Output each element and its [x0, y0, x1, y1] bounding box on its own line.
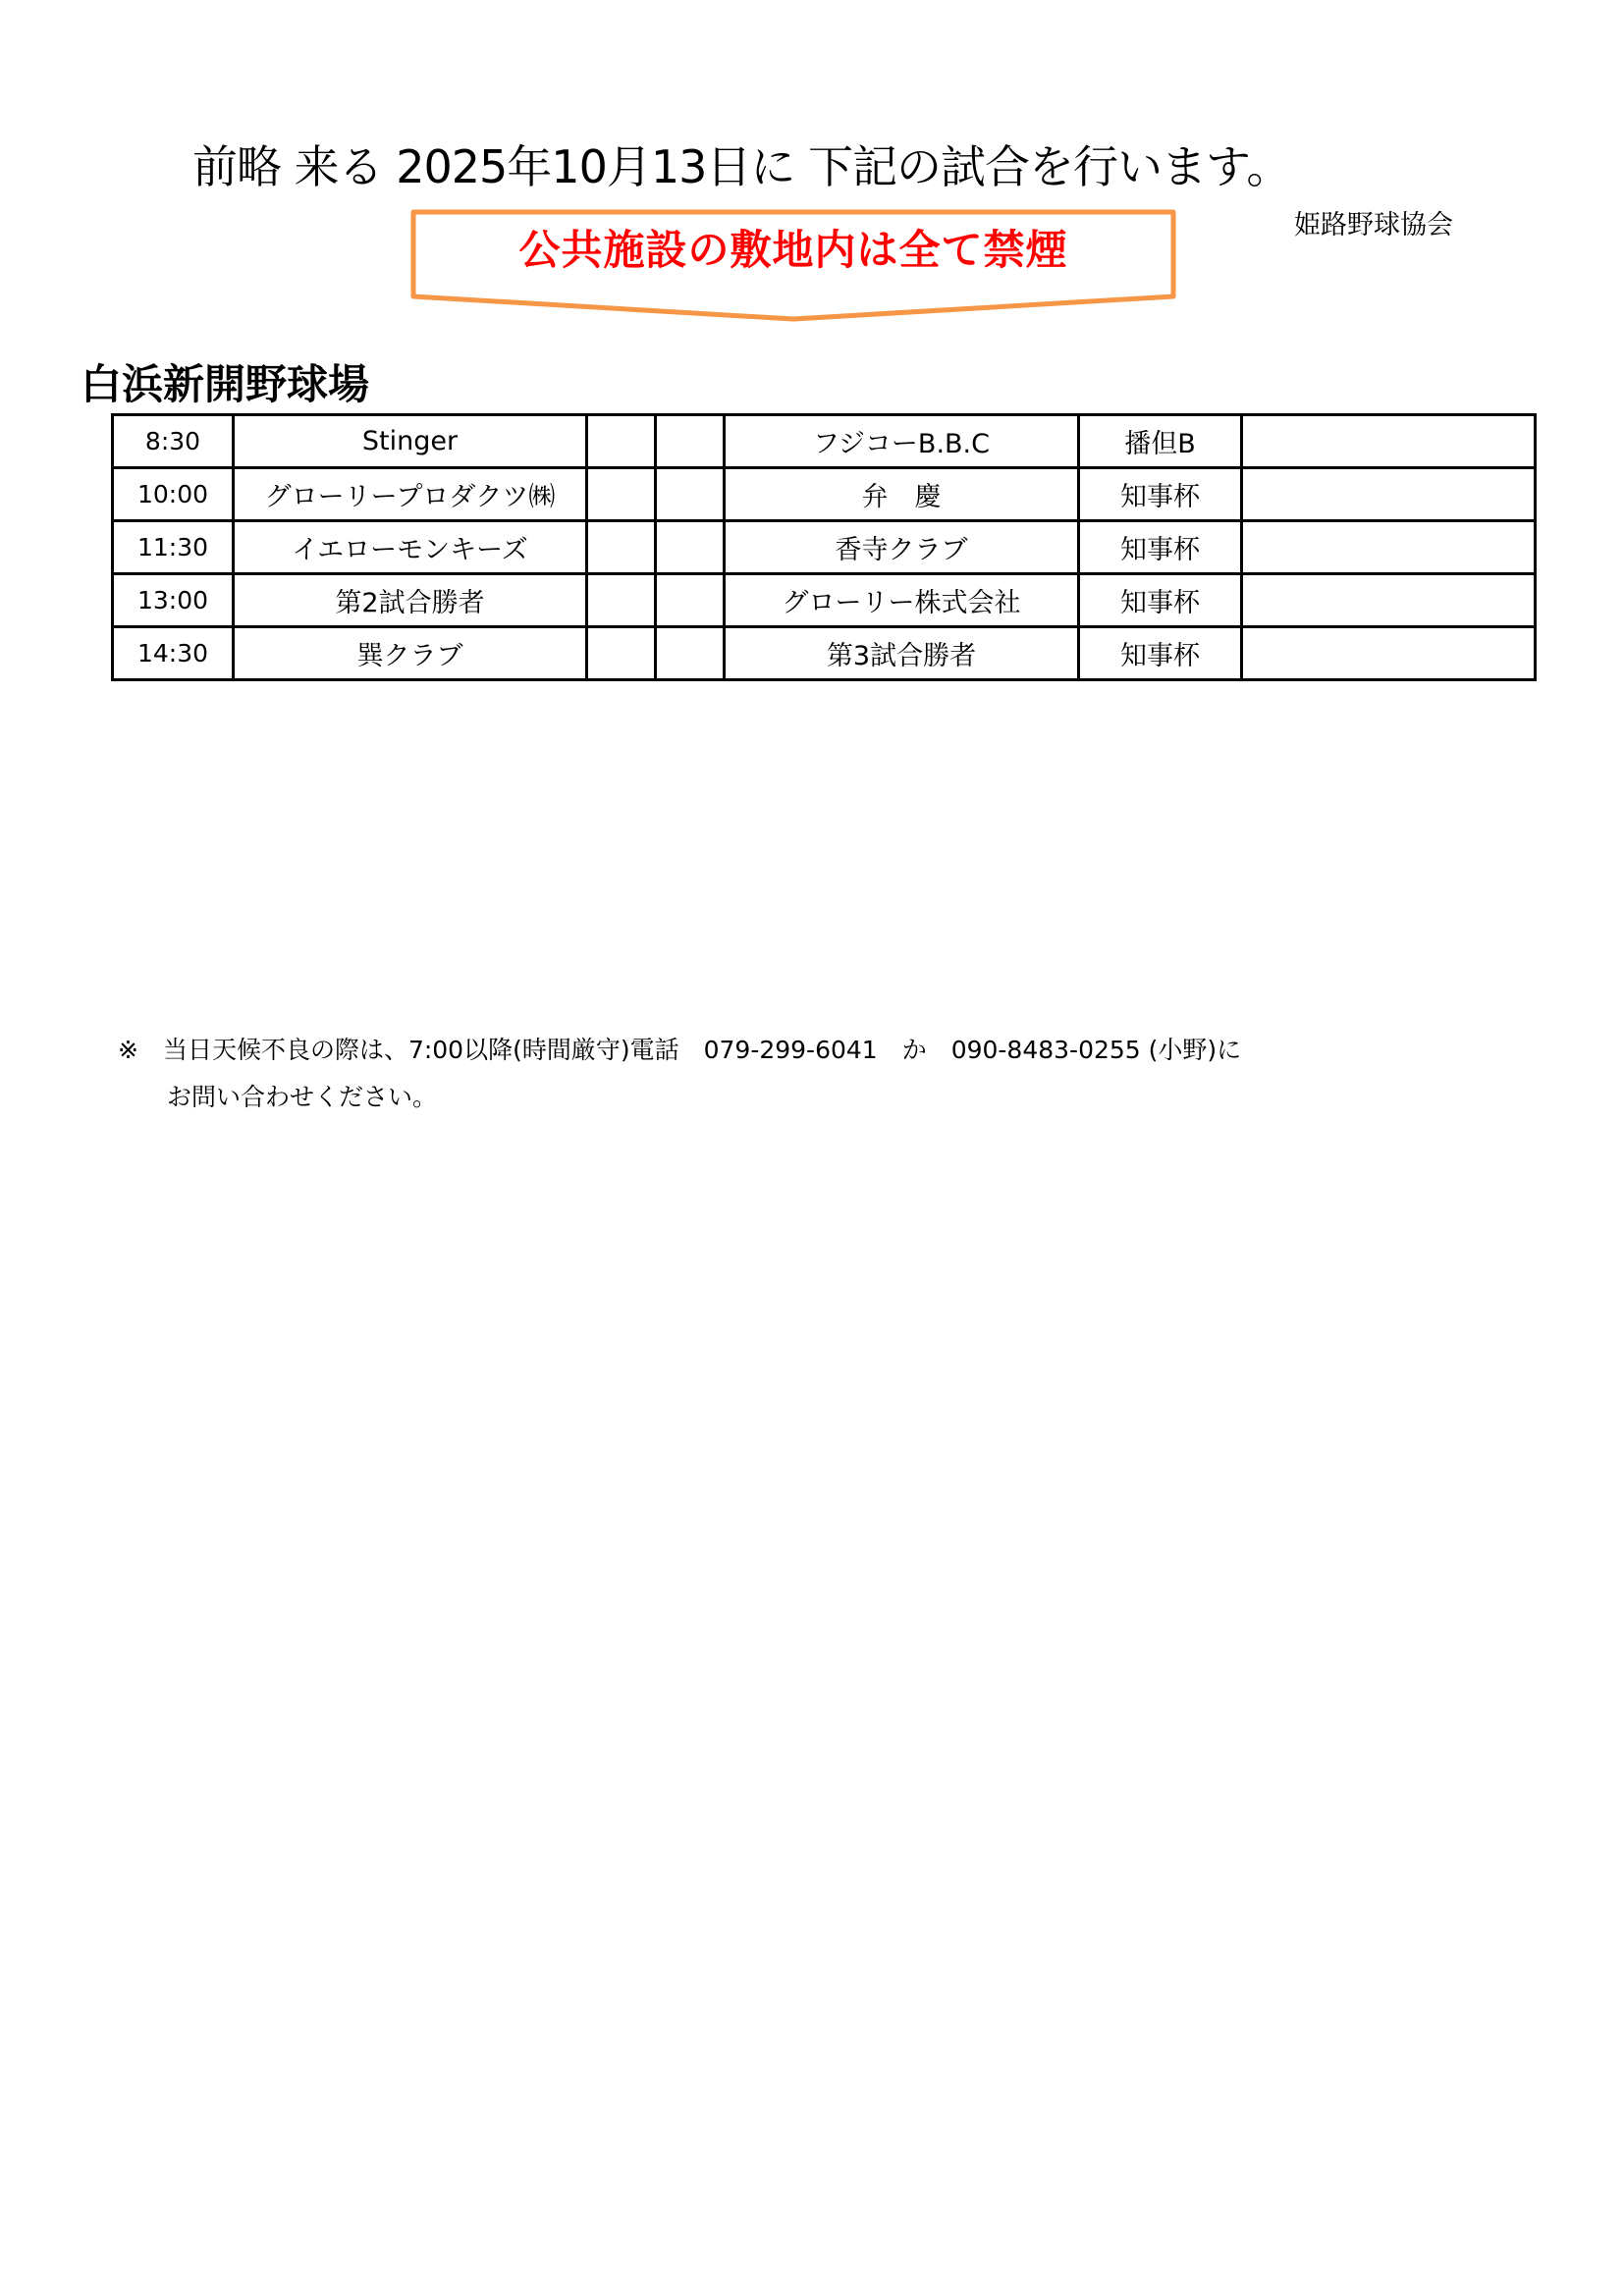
table-row: 11:30 イエローモンキーズ 香寺クラブ 知事杯	[113, 521, 1536, 574]
score-away	[656, 415, 725, 468]
team-home: 第2試合勝者	[234, 574, 587, 627]
team-away: 弁 慶	[725, 468, 1079, 521]
score-away	[656, 468, 725, 521]
team-home: イエローモンキーズ	[234, 521, 587, 574]
team-away: 第3試合勝者	[725, 627, 1079, 680]
no-smoking-banner: 公共施設の敷地内は全て禁煙	[412, 222, 1174, 279]
table-row: 10:00 グローリープロダクツ㈱ 弁 慶 知事杯	[113, 468, 1536, 521]
team-home: 巽クラブ	[234, 627, 587, 680]
table-row: 8:30 Stinger フジコーB.B.C 播但B	[113, 415, 1536, 468]
score-home	[587, 415, 656, 468]
row-note	[1242, 415, 1536, 468]
score-home	[587, 521, 656, 574]
row-note	[1242, 627, 1536, 680]
team-away: 香寺クラブ	[725, 521, 1079, 574]
banner-callout-shape	[0, 0, 1624, 353]
game-time: 8:30	[113, 415, 234, 468]
game-time: 14:30	[113, 627, 234, 680]
score-home	[587, 627, 656, 680]
game-time: 10:00	[113, 468, 234, 521]
tournament-category: 知事杯	[1079, 627, 1242, 680]
team-home: Stinger	[234, 415, 587, 468]
table-row: 14:30 巽クラブ 第3試合勝者 知事杯	[113, 627, 1536, 680]
score-home	[587, 468, 656, 521]
score-home	[587, 574, 656, 627]
venue-heading: 白浜新開野球場	[81, 357, 369, 412]
game-time: 13:00	[113, 574, 234, 627]
tournament-category: 知事杯	[1079, 574, 1242, 627]
schedule-table: 8:30 Stinger フジコーB.B.C 播但B 10:00 グローリープロ…	[111, 413, 1537, 681]
team-home: グローリープロダクツ㈱	[234, 468, 587, 521]
tournament-category: 播但B	[1079, 415, 1242, 468]
team-away: グローリー株式会社	[725, 574, 1079, 627]
tournament-category: 知事杯	[1079, 521, 1242, 574]
row-note	[1242, 468, 1536, 521]
weather-notice-line1: ※ 当日天候不良の際は、7:00以降(時間厳守)電話 079-299-6041 …	[118, 1033, 1241, 1068]
score-away	[656, 627, 725, 680]
row-note	[1242, 521, 1536, 574]
team-away: フジコーB.B.C	[725, 415, 1079, 468]
weather-notice-line2: お問い合わせください。	[167, 1080, 437, 1115]
table-row: 13:00 第2試合勝者 グローリー株式会社 知事杯	[113, 574, 1536, 627]
row-note	[1242, 574, 1536, 627]
score-away	[656, 521, 725, 574]
game-time: 11:30	[113, 521, 234, 574]
score-away	[656, 574, 725, 627]
tournament-category: 知事杯	[1079, 468, 1242, 521]
